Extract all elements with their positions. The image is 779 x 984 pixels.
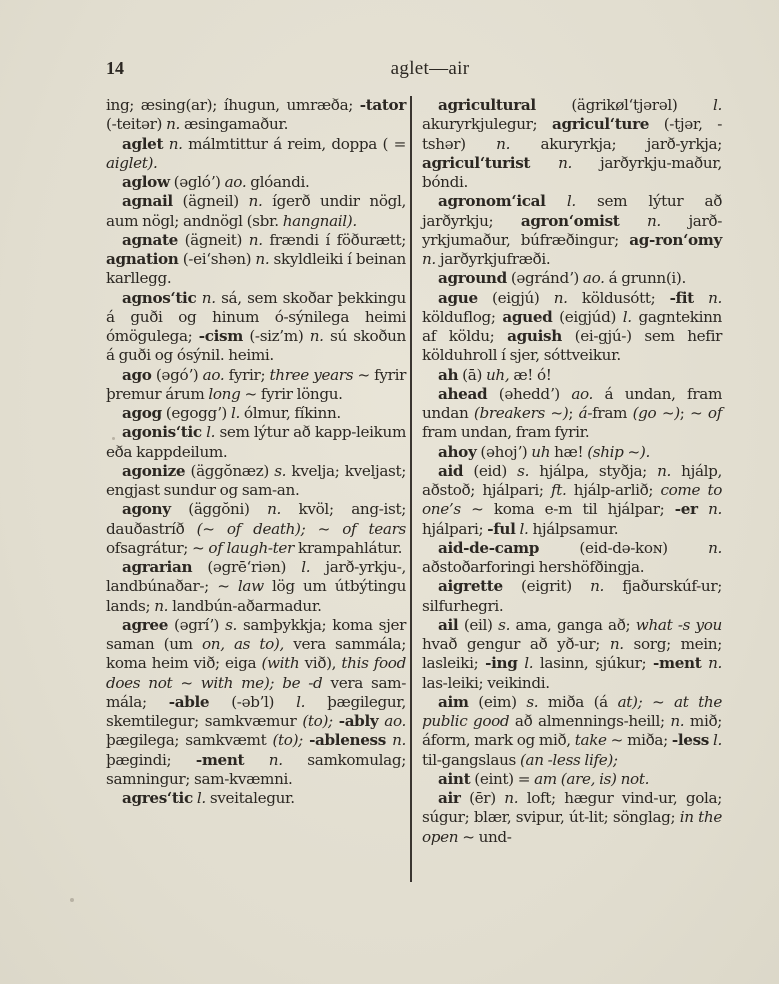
definition-text: (əgríʼ): [168, 616, 225, 634]
definition-text: und-: [475, 828, 512, 846]
dictionary-entry: ague (eigjú) n. köldusótt; -fit n. köldu…: [422, 289, 722, 366]
italic-text: á-: [579, 404, 593, 422]
dictionary-entry: agnail (ägneil) n. ígerð undir nögl, aum…: [106, 192, 406, 231]
headword: agony: [122, 500, 171, 518]
dictionary-entry: agresʻtic l. sveitalegur.: [106, 789, 406, 808]
definition-text: til-gangslaus: [422, 751, 520, 769]
italic-text: (an -less life);: [520, 751, 618, 769]
dictionary-entry: agog (egoggʼ) l. ólmur, fíkinn.: [106, 404, 406, 423]
definition-text: hjálpsamur.: [528, 520, 618, 538]
headword: agricultural: [438, 96, 536, 114]
dictionary-entry: ago (əgóʼ) ao. fyrir; three years ~ fyri…: [106, 366, 406, 405]
definition-text: miða (á: [538, 693, 617, 711]
dictionary-entry: air (ēr) n. loft; hægur vind-ur, gola; s…: [422, 789, 722, 847]
headword: ail: [438, 616, 458, 634]
definition-text: köldusótt;: [568, 289, 670, 307]
dictionary-entry: agronomʻical l. sem lýtur að jarðyrkju; …: [422, 192, 722, 269]
italic-text: l.: [301, 558, 310, 576]
definition-text: (eid): [463, 462, 517, 480]
italic-text: (to);: [272, 731, 302, 749]
dictionary-entry: agony (äggŏni) n. kvöl; ang-ist; dauðast…: [106, 500, 406, 558]
headword: -ful: [487, 520, 515, 538]
headword: aground: [438, 269, 507, 287]
headword: agriculʻturist: [422, 154, 530, 172]
headword: aglow: [122, 173, 170, 191]
definition-text: [694, 289, 708, 307]
italic-text: on, as to),: [202, 635, 284, 653]
page-number: 14: [106, 58, 124, 79]
headword: -fit: [670, 289, 694, 307]
definition-text: fram undan, fram fyrir.: [422, 423, 589, 441]
headword: ag-ronʻomy: [629, 231, 722, 249]
italic-text: take ~: [575, 731, 623, 749]
headword: agronomʻical: [438, 192, 546, 210]
dictionary-entry: ahoy (əhojʼ) uh hæ! (ship ~).: [422, 443, 722, 462]
definition-text: [619, 212, 647, 230]
italic-text: n.: [269, 751, 283, 769]
definition-text: krampahlátur.: [294, 539, 402, 557]
dictionary-entry: aglet n. málmtittur á reim, doppa ( = ai…: [106, 135, 406, 174]
definition-text: glóandi.: [246, 173, 309, 191]
headword: aid-de-camp: [438, 539, 539, 557]
italic-text: (ship ~).: [587, 443, 650, 461]
italic-text: n.: [708, 289, 722, 307]
headword: agree: [122, 616, 168, 634]
dictionary-entry: aint (eint) = am (are, is) not.: [422, 770, 722, 789]
definition-text: við),: [299, 654, 341, 672]
italic-text: ~ of: [690, 404, 722, 422]
definition-text: hjálpa, styðja;: [529, 462, 657, 480]
italic-text: am (are, is) not.: [534, 770, 649, 788]
headword: agued: [502, 308, 552, 326]
italic-text: ao.: [571, 385, 593, 403]
left-column: ing; æsing(ar); íhugun, umræða; -tator (…: [106, 96, 406, 808]
definition-text: (əhojʼ): [476, 443, 531, 461]
headword: agonisʻtic: [122, 423, 202, 441]
headword: -ment: [196, 751, 244, 769]
dictionary-entry: aground (əgrándʼ) ao. á grunn(i).: [422, 269, 722, 288]
dictionary-entry: agonisʻtic l. sem lýtur að kapp-leikum e…: [106, 423, 406, 462]
headword: -less: [672, 731, 709, 749]
definition-text: hæ!: [550, 443, 587, 461]
dictionary-entry: ing; æsing(ar); íhugun, umræða; -tator (…: [106, 96, 406, 135]
dictionary-entry: aid (eid) s. hjálpa, styðja; n. hjálp, a…: [422, 462, 722, 539]
column-divider: [410, 96, 412, 882]
dictionary-entry: ah (ā) uh, æ! ó!: [422, 366, 722, 385]
dictionary-entry: aigrette (eigrit) n. fjaðurskúf-ur; silf…: [422, 577, 722, 616]
italic-text: n.: [657, 462, 671, 480]
dictionary-entry: agonize (äggŏnæz) s. kvelja; kveljast; e…: [106, 462, 406, 501]
italic-text: n.: [708, 539, 722, 557]
headword: -er: [675, 500, 698, 518]
italic-text: ao.: [384, 712, 406, 730]
italic-text: n.: [554, 289, 568, 307]
italic-text: n.: [249, 192, 263, 210]
definition-text: jarðyrkjufræði.: [436, 250, 550, 268]
definition-text: (-eiʻshən): [179, 250, 256, 268]
definition-text: hjálp-arlið;: [566, 481, 660, 499]
italic-text: n.: [202, 289, 216, 307]
definition-text: (eim): [469, 693, 527, 711]
italic-text: n.: [708, 500, 722, 518]
italic-text: long ~: [208, 385, 256, 403]
definition-text: (-siz’m): [243, 327, 310, 345]
dictionary-entry: agricultural (ägrikølʻtjərəl) l. akuryrk…: [422, 96, 722, 192]
definition-text: ;: [680, 404, 690, 422]
headword: -ment: [653, 654, 701, 672]
italic-text: n.: [154, 597, 168, 615]
headword: aguish: [507, 327, 562, 345]
headword: -ably: [339, 712, 379, 730]
definition-text: (əgóʼ): [152, 366, 203, 384]
headword: -ableness: [309, 731, 386, 749]
dictionary-entry: agree (əgríʼ) s. samþykkja; koma sjer sa…: [106, 616, 406, 789]
headword: ah: [438, 366, 458, 384]
definition-text: (-əb’l): [209, 693, 296, 711]
headword: aglet: [122, 135, 163, 153]
definition-text: (ēr): [461, 789, 505, 807]
definition-text: (ā): [458, 366, 486, 384]
definition-text: hjálpari;: [422, 520, 487, 538]
italic-text: l.: [206, 423, 215, 441]
italic-text: s.: [526, 693, 538, 711]
italic-text: n.: [558, 154, 572, 172]
definition-text: fyrir;: [224, 366, 269, 384]
definition-text: (äggŏnæz): [185, 462, 274, 480]
italic-text: s.: [498, 616, 510, 634]
italic-text: n.: [422, 250, 436, 268]
definition-text: (eint) =: [470, 770, 534, 788]
italic-text: (go ~): [633, 404, 680, 422]
italic-text: aiglet).: [106, 154, 158, 172]
definition-text: las-leiki; veikindi.: [422, 674, 550, 692]
dictionary-entry: agnate (ägneit) n. frændi í föðurætt; ag…: [106, 231, 406, 289]
definition-text: [244, 751, 269, 769]
dictionary-entry: ahead (əheddʼ) ao. á undan, fram undan (…: [422, 385, 722, 443]
italic-text: n.: [610, 635, 624, 653]
headword: agronʻomist: [521, 212, 620, 230]
italic-text: n.: [504, 789, 518, 807]
definition-text: fyrir löngu.: [257, 385, 343, 403]
definition-text: málmtittur á reim, doppa ( =: [183, 135, 406, 153]
italic-text: n.: [166, 115, 180, 133]
italic-text: l.: [567, 192, 576, 210]
definition-text: aðstoðarforingi hershöfðingja.: [422, 558, 644, 576]
definition-text: koma e-m til hjálpar;: [484, 500, 675, 518]
definition-text: að almennings-heill;: [509, 712, 670, 730]
definition-text: (əgrēʻriən): [192, 558, 301, 576]
italic-text: hangnail).: [283, 212, 357, 230]
italic-text: n.: [249, 231, 263, 249]
italic-text: l.: [197, 789, 206, 807]
headword: ago: [122, 366, 152, 384]
headword: agnation: [106, 250, 179, 268]
headword: agonize: [122, 462, 185, 480]
definition-text: þægindi;: [106, 751, 196, 769]
headword: -able: [169, 693, 209, 711]
italic-text: l.: [713, 96, 722, 114]
definition-text: (äggŏni): [171, 500, 267, 518]
definition-text: (eigrit): [503, 577, 590, 595]
italic-text: n.: [392, 731, 406, 749]
italic-text: n.: [708, 654, 722, 672]
definition-text: æsingamaður.: [180, 115, 288, 133]
definition-text: kölduflog;: [422, 308, 502, 326]
headword: aigrette: [438, 577, 503, 595]
definition-text: (eid-də-koɴ): [539, 539, 708, 557]
italic-text: (breakers ~): [474, 404, 569, 422]
headword: agnate: [122, 231, 178, 249]
definition-text: (-teitər): [106, 115, 166, 133]
italic-text: ~ of laugh-ter: [192, 539, 294, 557]
definition-text: (ägneil): [173, 192, 249, 210]
italic-text: n.: [267, 500, 281, 518]
headword: aid: [438, 462, 463, 480]
headword: ahead: [438, 385, 487, 403]
definition-text: fram: [592, 404, 632, 422]
definition-text: ing; æsing(ar); íhugun, umræða;: [106, 96, 360, 114]
italic-text: ao.: [225, 173, 247, 191]
italic-text: s.: [274, 462, 286, 480]
definition-text: akuryrkja; jarð-yrkja;: [510, 135, 722, 153]
definition-text: þægilega; samkvæmt: [106, 731, 272, 749]
definition-text: (eigjú): [478, 289, 554, 307]
definition-text: miða;: [623, 731, 672, 749]
italic-text: n.: [670, 712, 684, 730]
dictionary-entry: aim (eim) s. miða (á at); ~ at the publi…: [422, 693, 722, 770]
definition-text: (ägrikølʻtjərəl): [536, 96, 713, 114]
dictionary-entry: agnosʻtic n. sá, sem skoðar þekkingu á g…: [106, 289, 406, 366]
italic-text: n.: [647, 212, 661, 230]
italic-text: ~ law: [217, 577, 264, 595]
paper-speck: [112, 437, 115, 440]
italic-text: n.: [310, 327, 324, 345]
italic-text: s.: [225, 616, 237, 634]
headword: ahoy: [438, 443, 476, 461]
definition-text: (ägneit): [178, 231, 249, 249]
definition-text: hvað gengur að yð-ur;: [422, 635, 610, 653]
definition-text: (əglóʼ): [170, 173, 225, 191]
definition-text: (eil): [458, 616, 498, 634]
italic-text: n.: [590, 577, 604, 595]
italic-text: ao.: [203, 366, 225, 384]
headword: agnosʻtic: [122, 289, 196, 307]
headword: ague: [438, 289, 478, 307]
definition-text: ama, ganga að;: [510, 616, 636, 634]
italic-text: n.: [496, 135, 510, 153]
italic-text: uh: [531, 443, 550, 461]
headword: -ing: [485, 654, 517, 672]
italic-text: three years ~: [270, 366, 370, 384]
headword: agresʻtic: [122, 789, 193, 807]
definition-text: [546, 192, 567, 210]
italic-text: ft.: [551, 481, 567, 499]
headword: agnail: [122, 192, 173, 210]
italic-text: n.: [169, 135, 183, 153]
headword: -cism: [199, 327, 243, 345]
headword: aint: [438, 770, 470, 788]
definition-text: (əgrándʼ): [507, 269, 583, 287]
definition-text: æ! ó!: [509, 366, 551, 384]
definition-text: (eigjúd): [552, 308, 622, 326]
definition-text: á grunn(i).: [605, 269, 686, 287]
italic-text: l.: [231, 404, 240, 422]
definition-text: landbún-aðarmadur.: [168, 597, 321, 615]
dictionary-entry: ail (eil) s. ama, ganga að; what -s you …: [422, 616, 722, 693]
definition-text: frændi í föðurætt;: [263, 231, 406, 249]
right-column: agricultural (ägrikølʻtjərəl) l. akuryrk…: [422, 96, 722, 847]
dictionary-entry: aglow (əglóʼ) ao. glóandi.: [106, 173, 406, 192]
italic-text: l.: [524, 654, 533, 672]
headword: agriculʻture: [552, 115, 649, 133]
definition-text: [698, 500, 708, 518]
italic-text: (with: [261, 654, 299, 672]
headword: agog: [122, 404, 162, 422]
italic-text: l.: [296, 693, 305, 711]
definition-text: [530, 154, 558, 172]
definition-text: ofsagrátur;: [106, 539, 192, 557]
dictionary-entry: aid-de-camp (eid-də-koɴ) n. aðstoðarfori…: [422, 539, 722, 578]
definition-text: akuryrkjulegur;: [422, 115, 552, 133]
headword: aim: [438, 693, 469, 711]
italic-text: ao.: [583, 269, 605, 287]
definition-text: ólmur, fíkinn.: [240, 404, 341, 422]
headword: -tator: [360, 96, 406, 114]
italic-text: (~ of death); ~ of tears: [197, 520, 406, 538]
definition-text: (egoggʼ): [162, 404, 231, 422]
headword: air: [438, 789, 461, 807]
paper-speck: [70, 898, 74, 902]
italic-text: l.: [713, 731, 722, 749]
italic-text: what -s you: [636, 616, 722, 634]
definition-text: ;: [568, 404, 578, 422]
definition-text: (əheddʼ): [487, 385, 571, 403]
dictionary-entry: agrarian (əgrēʻriən) l. jarð-yrkju-, lan…: [106, 558, 406, 616]
italic-text: l.: [623, 308, 632, 326]
italic-text: s.: [517, 462, 529, 480]
definition-text: sveitalegur.: [206, 789, 295, 807]
headword: agrarian: [122, 558, 192, 576]
running-head: aglet—air: [330, 58, 530, 80]
italic-text: (to);: [302, 712, 332, 730]
definition-text: lasinn, sjúkur;: [533, 654, 653, 672]
italic-text: n.: [255, 250, 269, 268]
italic-text: uh,: [486, 366, 509, 384]
dictionary-page: 14 aglet—air ing; æsing(ar); íhugun, umr…: [0, 0, 779, 984]
